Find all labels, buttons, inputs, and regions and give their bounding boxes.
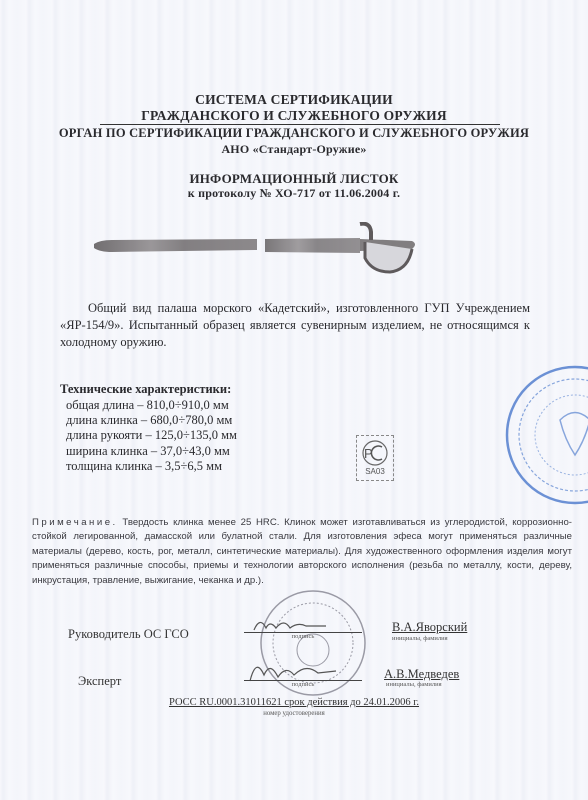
header-system-sub: ГРАЖДАНСКОГО И СЛУЖЕБНОГО ОРУЖИЯ	[0, 108, 588, 124]
certification-mark: Р SA03	[356, 435, 394, 481]
spec-blade-width: ширина клинка – 37,0÷43,0 мм	[66, 444, 237, 459]
protocol-reference: к протоколу № ХО-717 от 11.06.2004 г.	[0, 186, 588, 201]
name-caption-head: инициалы, фамилия	[392, 635, 448, 642]
header-system: СИСТЕМА СЕРТИФИКАЦИИ	[0, 92, 588, 108]
certificate-caption: номер удостоверения	[0, 710, 588, 717]
signer-name-head: В.А.Яворский	[392, 620, 467, 635]
signature-caption-expert: подпись	[244, 681, 362, 688]
note-paragraph: Примечание. Твердость клинка менее 25 HR…	[32, 516, 572, 588]
certificate-number: РОСС RU.0001.31011621 срок действия до 2…	[0, 697, 588, 708]
signer-role-expert: Эксперт	[78, 674, 121, 689]
signature-caption-head: подпись	[244, 633, 362, 640]
spec-blade-length: длина клинка – 680,0÷780,0 мм	[66, 413, 237, 428]
header-authority: ОРГАН ПО СЕРТИФИКАЦИИ ГРАЖДАНСКОГО И СЛУ…	[0, 126, 588, 141]
saber-icon	[92, 222, 432, 282]
pct-mark-icon: Р	[357, 438, 393, 468]
spec-handle-length: длина рукояти – 125,0÷135,0 мм	[66, 428, 237, 443]
specs-title: Технические характеристики:	[60, 382, 231, 397]
document-title: ИНФОРМАЦИОННЫЙ ЛИСТОК	[0, 171, 588, 187]
note-label: Примечание.	[32, 517, 118, 528]
header-divider	[100, 124, 500, 125]
spec-blade-thickness: толщина клинка – 3,5÷6,5 мм	[66, 459, 237, 474]
spec-total-length: общая длина – 810,0÷910,0 мм	[66, 398, 237, 413]
signer-role-head: Руководитель ОС ГСО	[68, 627, 189, 642]
signer-name-expert: А.В.Медведев	[384, 667, 459, 682]
mark-code: SA03	[357, 467, 393, 476]
name-caption-expert: инициалы, фамилия	[386, 681, 442, 688]
official-seal-icon	[490, 360, 588, 510]
product-description: Общий вид палаша морского «Кадетский», и…	[60, 300, 530, 351]
header-organization: АНО «Стандарт-Оружие»	[0, 142, 588, 157]
specs-list: общая длина – 810,0÷910,0 мм длина клинк…	[66, 398, 237, 474]
certificate-text: РОСС RU.0001.31011621 срок действия до 2…	[169, 697, 419, 708]
